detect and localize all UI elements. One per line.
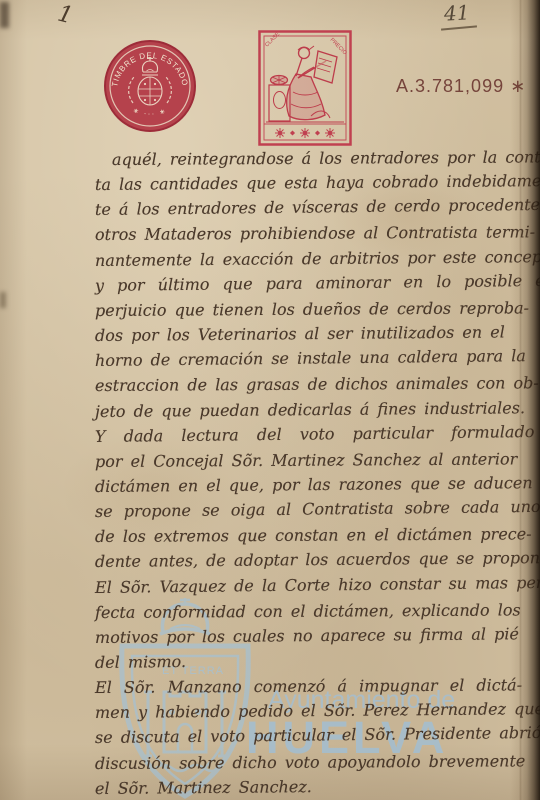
manuscript-line: dente antes, de adoptar los acuerdos que… [95, 548, 540, 571]
manuscript-line: men y habiendo pedido el Sõr. Perez Hern… [95, 699, 540, 722]
manuscript-line: dos por los Veterinarios al ser inutiliz… [95, 322, 505, 345]
edge-blemish [0, 2, 9, 28]
ornament-band-icon [275, 128, 335, 138]
page-number: 41 [443, 0, 470, 25]
manuscript-line: El Sõr. Vazquez de la Corte hizo constar… [95, 572, 540, 596]
allegorical-figure-icon [266, 46, 344, 122]
manuscript-line: del mismo. [95, 652, 186, 672]
stamp-corner-label-left: CLASE [264, 31, 281, 48]
tax-allegory-stamp: CLASE PRECIO [258, 30, 352, 146]
page-number-underline [441, 25, 477, 30]
manuscript-line: ta las cantidades que esta haya cobrado … [95, 171, 540, 194]
manuscript-line: de los extremos que constan en el dictám… [95, 525, 532, 547]
manuscript-line: estraccion de las grasas de dichos anima… [95, 374, 539, 396]
manuscript-line: otros Mataderos prohibiendose al Contrat… [95, 223, 535, 245]
manuscript-line: el Sõr. Martinez Sanchez. [95, 777, 312, 798]
manuscript-line: fecta conformidad con el dictámen, expli… [95, 600, 521, 622]
manuscript-line: por el Concejal Sõr. Martinez Sanchez al… [95, 449, 517, 471]
manuscript-line: dictámen en el que, por las razones que … [95, 473, 533, 496]
manuscript-line: motivos por los cuales no aparece su fir… [95, 624, 519, 647]
manuscript-line: y por último que para aminorar en lo pos… [95, 271, 540, 295]
folio-mark: 1 [55, 1, 75, 30]
stamp-corner-label-right: PRECIO [329, 37, 349, 57]
manuscript-line: aquél, reintegrandose á los entradores p… [112, 147, 540, 169]
manuscript-line: jeto de que puedan dedicarlas á fines in… [95, 398, 525, 421]
stamp-serial-number: A.3.781,099 ∗ [396, 76, 526, 97]
manuscript-line: El Sõr. Manzano comenzó á impugnar el di… [95, 676, 522, 698]
manuscript-line: se discuta el voto particular el Sõr. Pr… [95, 723, 540, 747]
manuscript-line: se propone se oiga al Contratista sobre … [95, 497, 540, 521]
manuscript-line: Y dada lectura del voto particular formu… [95, 422, 535, 446]
page-crease [519, 0, 522, 800]
manuscript-line: nantemente la exacción de arbitrios por … [95, 247, 540, 270]
manuscript-line: perjuicio que tienen los dueños de cerdo… [95, 298, 529, 320]
manuscript-line: horno de cremación se instale una calder… [95, 346, 526, 370]
scanned-manuscript-page: ET TERRA Ayuntamiento de HUELVA 1 41 TIM… [0, 0, 540, 800]
manuscript-line: discusión sobre dicho voto apoyandolo br… [95, 751, 525, 773]
timbre-del-estado-seal: TIMBRE DEL ESTADO ∗ ··· ∗ [103, 39, 197, 133]
edge-blemish [0, 292, 6, 308]
